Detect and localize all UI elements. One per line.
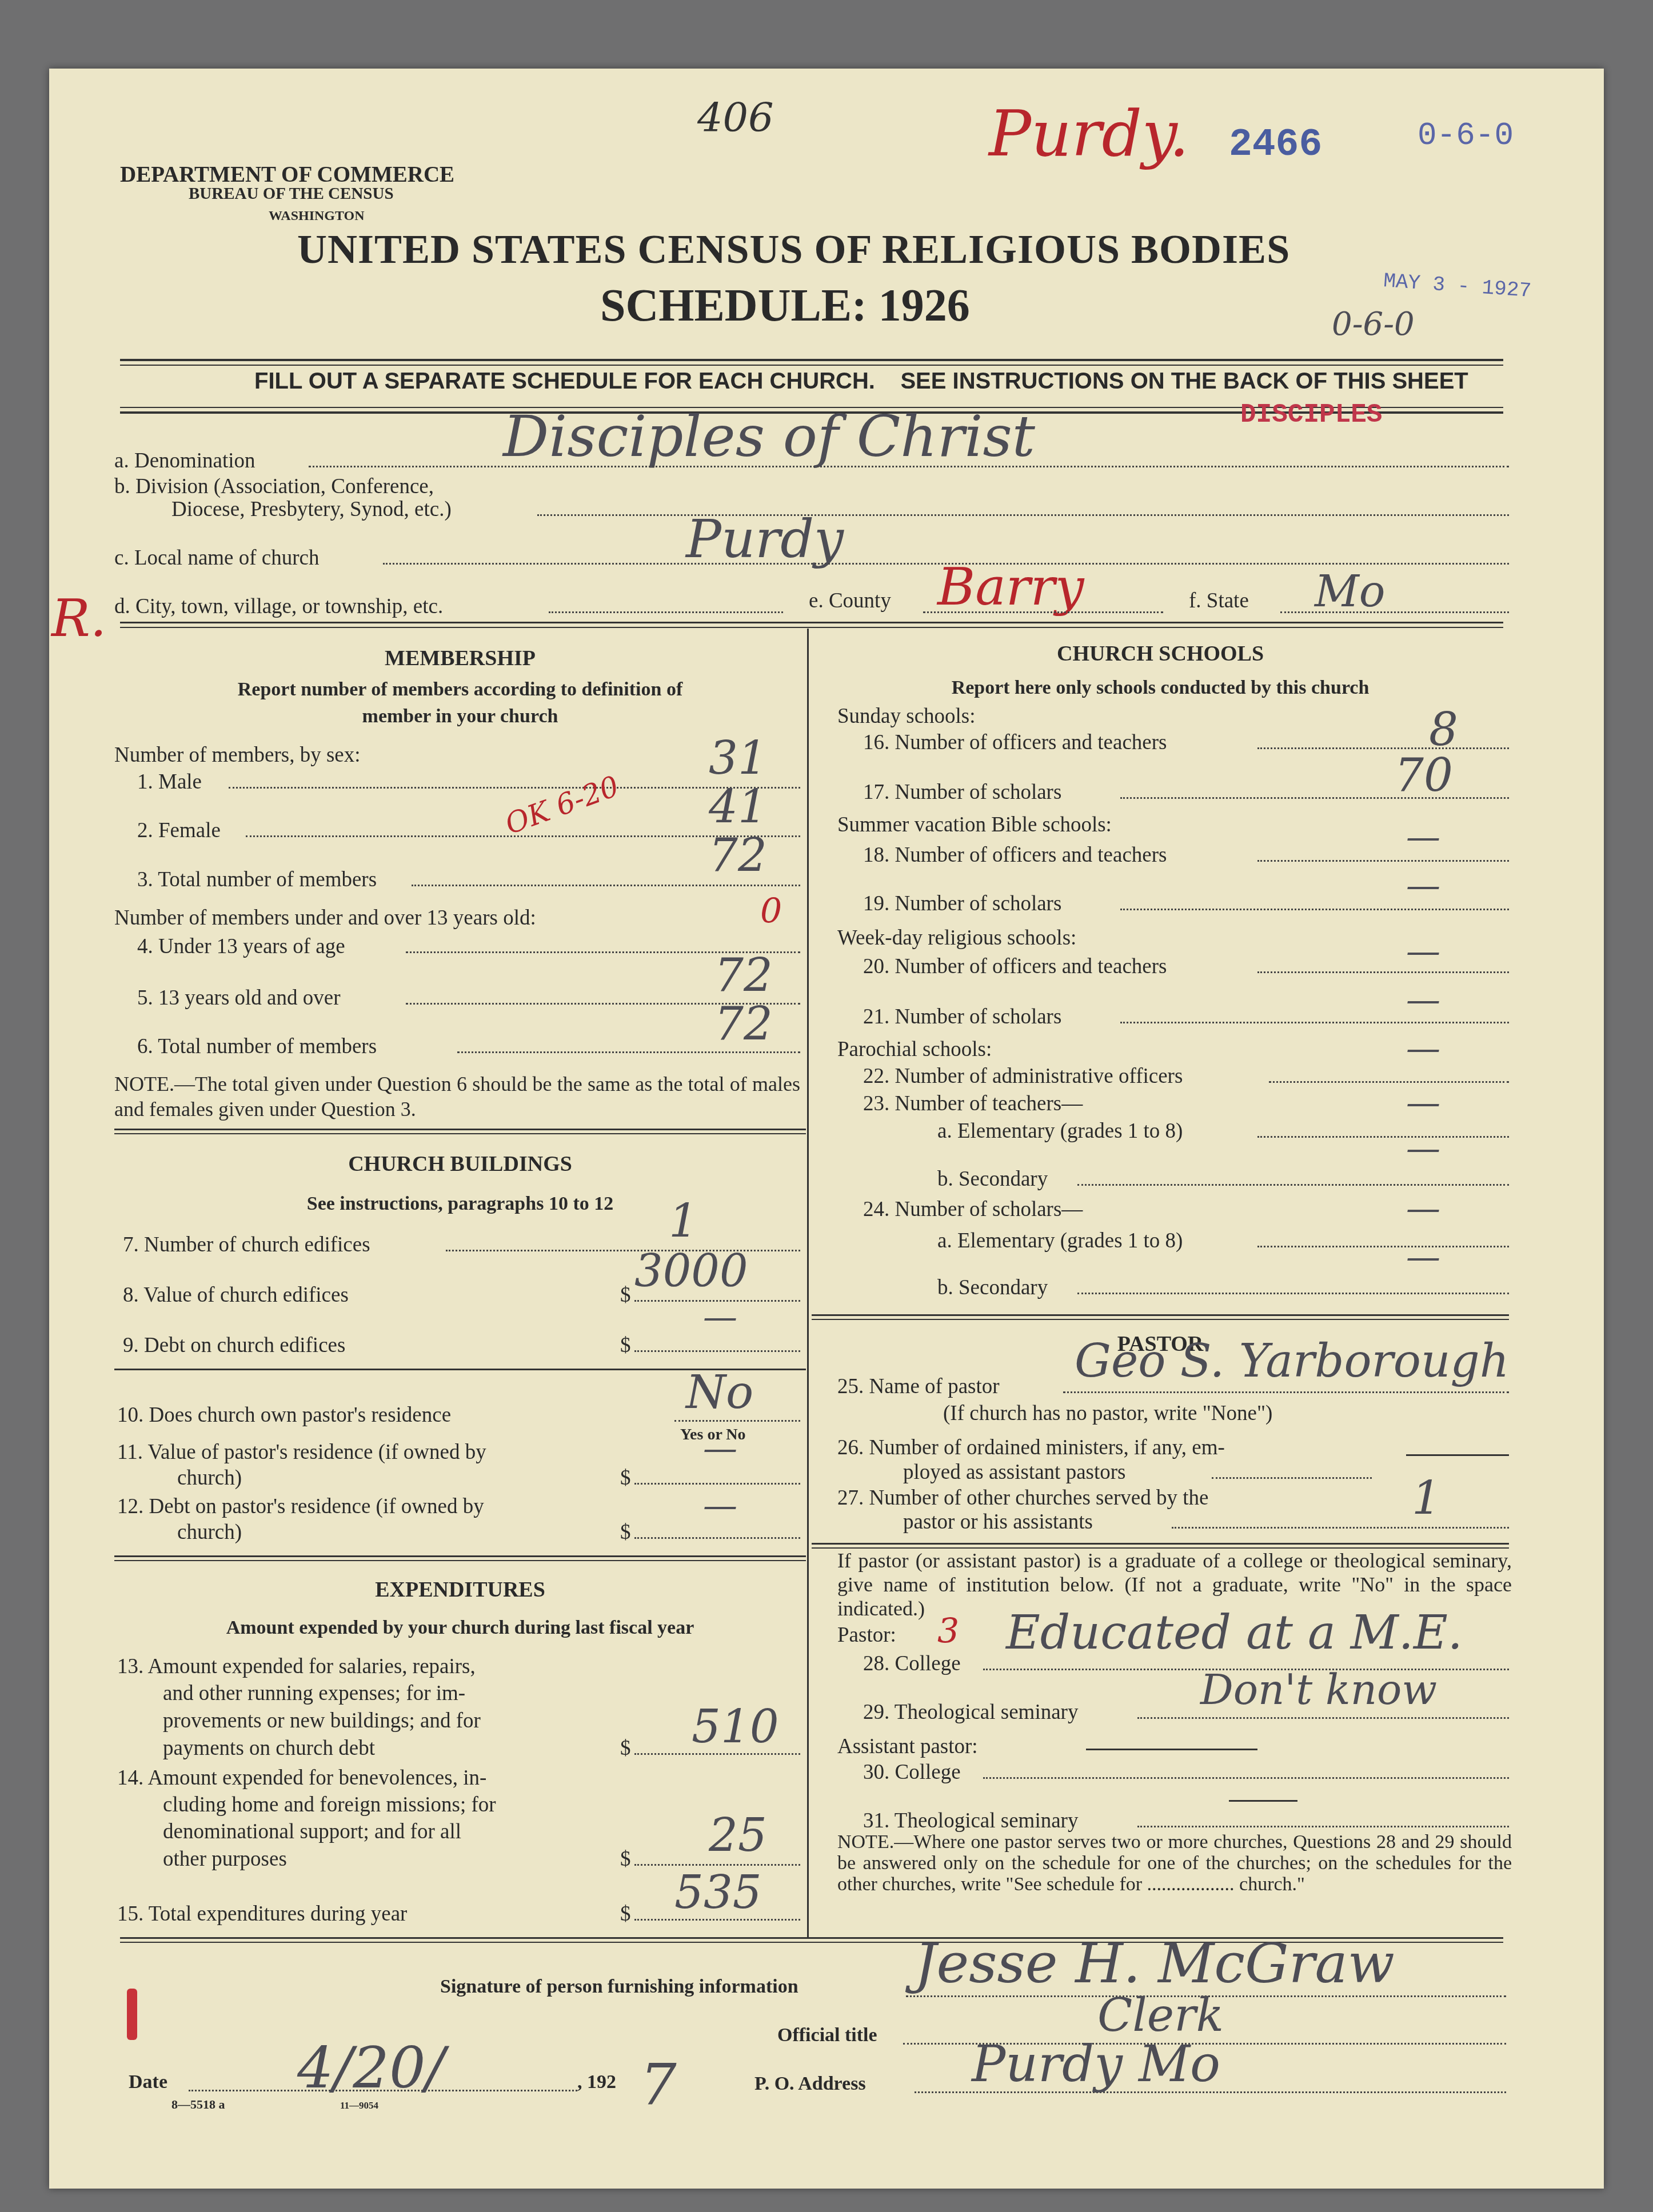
division-label-2: Diocese, Presbytery, Synod, etc.)	[171, 497, 452, 522]
parochial-scholars-secondary-label: b. Secondary	[937, 1275, 1048, 1300]
total-expenditures-label: 15. Total expenditures during year	[117, 1902, 407, 1926]
pastor-name-value: Geo S. Yarborough	[1075, 1334, 1509, 1387]
dollar-sign: $	[620, 1847, 631, 1871]
divider	[812, 1319, 1509, 1320]
pastor-name-field[interactable]	[1063, 1391, 1509, 1393]
division-field[interactable]	[537, 514, 1509, 516]
divider	[120, 622, 1503, 623]
buildings-heading: CHURCH BUILDINGS	[114, 1151, 806, 1177]
college-label: 28. College	[863, 1651, 961, 1676]
handwritten-place: Purdy.	[989, 97, 1189, 170]
total-members-age-field[interactable]	[457, 1051, 800, 1053]
over-13-label: 5. 13 years old and over	[137, 986, 341, 1010]
assistant-college-field[interactable]	[983, 1777, 1509, 1779]
total-expenditures-value: 535	[674, 1866, 762, 1919]
divider	[114, 1129, 806, 1130]
under-13-value: 0	[760, 891, 782, 931]
female-label: 2. Female	[137, 818, 221, 843]
signature-label: Signature of person furnishing informati…	[440, 1976, 798, 1998]
sunday-scholars-label: 17. Number of scholars	[863, 780, 1061, 805]
dollar-sign: $	[620, 1333, 631, 1358]
running-expenses-label-3: provements or new buildings; and for	[163, 1709, 481, 1733]
instructions-banner: FILL OUT A SEPARATE SCHEDULE FOR EACH CH…	[254, 369, 1468, 394]
bureau-name: BUREAU OF THE CENSUS	[189, 185, 394, 203]
divider	[120, 627, 1503, 628]
margin-mark-r: R.	[51, 589, 106, 649]
total-members-value: 72	[709, 829, 767, 882]
residence-debt-label: 12. Debt on pastor's residence (if owned…	[117, 1494, 484, 1519]
divider	[114, 1560, 806, 1561]
denomination-field[interactable]	[309, 466, 1509, 467]
assistant-college-line	[1086, 1749, 1257, 1750]
parochial-teachers-label: 23. Number of teachers—	[863, 1091, 1083, 1116]
members-by-age-label: Number of members under and over 13 year…	[114, 906, 536, 930]
total-members-label: 3. Total number of members	[137, 867, 377, 892]
summer-scholars-field[interactable]	[1120, 909, 1509, 910]
parochial-teachers-elementary-value: —	[1406, 1083, 1440, 1123]
benevolences-label-4: other purposes	[163, 1847, 287, 1871]
divider	[120, 365, 1503, 366]
sunday-scholars-value: 70	[1395, 749, 1453, 802]
parochial-scholars-elementary-field[interactable]	[1257, 1246, 1509, 1247]
total-members-field[interactable]	[412, 885, 800, 886]
benevolences-label-3: denominational support; and for all	[163, 1819, 461, 1844]
stamp-code: 0-6-0	[1418, 117, 1514, 154]
state-label: f. State	[1189, 589, 1249, 613]
summer-scholars-value: —	[1406, 866, 1440, 906]
form-title: UNITED STATES CENSUS OF RELIGIOUS BODIES	[297, 226, 1290, 273]
signature-value: Jesse H. McGraw	[915, 1931, 1395, 1995]
dollar-sign: $	[620, 1283, 631, 1307]
assistant-seminary-line	[1229, 1800, 1297, 1802]
schools-subheading: Report here only schools conducted by th…	[812, 677, 1509, 699]
dept-name: DEPARTMENT OF COMMERCE	[120, 162, 454, 187]
weekday-officers-field[interactable]	[1257, 971, 1509, 973]
edifice-debt-label: 9. Debt on church edifices	[123, 1333, 345, 1358]
residence-debt-value: —	[703, 1486, 737, 1526]
sunday-officers-label: 16. Number of officers and teachers	[863, 730, 1167, 755]
year-value: 7	[640, 2051, 677, 2118]
residence-value-field[interactable]	[634, 1483, 800, 1485]
residence-value: —	[703, 1429, 737, 1469]
parochial-scholars-secondary-field[interactable]	[1077, 1293, 1509, 1294]
divider	[114, 1555, 806, 1557]
expenditures-subheading: Amount expended by your church during la…	[114, 1617, 806, 1639]
running-expenses-label-2: and other running expenses; for im-	[163, 1681, 465, 1706]
residence-value-label: 11. Value of pastor's residence (if owne…	[117, 1440, 486, 1465]
denomination-label: a. Denomination	[114, 449, 255, 473]
parochial-teachers-elementary-label: a. Elementary (grades 1 to 8)	[937, 1119, 1183, 1143]
weekday-officers-label: 20. Number of officers and teachers	[863, 954, 1167, 979]
pastor-name-hint: (If church has no pastor, write "None")	[943, 1401, 1272, 1426]
local-name-value: Purdy	[686, 509, 844, 570]
division-label: b. Division (Association, Conference,	[114, 474, 434, 499]
date-label: Date	[129, 2071, 167, 2093]
benevolences-value: 25	[709, 1809, 767, 1862]
running-expenses-field[interactable]	[634, 1753, 800, 1755]
other-churches-label-2: pastor or his assistants	[903, 1510, 1093, 1534]
print-code: 11—9054	[340, 2100, 378, 2111]
edifices-label: 7. Number of church edifices	[123, 1233, 370, 1257]
divider	[812, 1314, 1509, 1316]
running-expenses-label-4: payments on church debt	[163, 1736, 375, 1761]
membership-subheading-2: member in your church	[114, 706, 806, 727]
official-title-label: Official title	[777, 2025, 877, 2046]
buildings-subheading: See instructions, paragraphs 10 to 12	[114, 1193, 806, 1215]
under-13-label: 4. Under 13 years of age	[137, 934, 345, 959]
parochial-teachers-secondary-value: —	[1406, 1129, 1440, 1169]
pastor-margin-note: 3	[937, 1611, 959, 1651]
seminary-label: 29. Theological seminary	[863, 1700, 1078, 1725]
edifices-value: 1	[669, 1194, 698, 1247]
owns-residence-field[interactable]	[674, 1420, 800, 1422]
pastor-subheading: Pastor:	[837, 1623, 896, 1647]
local-name-label: c. Local name of church	[114, 546, 320, 570]
parochial-scholars-label: 24. Number of scholars—	[863, 1197, 1083, 1222]
assistant-pastor-subheading: Assistant pastor:	[837, 1734, 978, 1759]
other-churches-label: 27. Number of other churches served by t…	[837, 1486, 1208, 1510]
stamp-number: 2466	[1229, 123, 1322, 167]
running-expenses-value: 510	[692, 1700, 779, 1753]
pastor-name-label: 25. Name of pastor	[837, 1374, 1000, 1399]
dollar-sign: $	[620, 1520, 631, 1545]
parochial-teachers-secondary-label: b. Secondary	[937, 1167, 1048, 1191]
edifice-debt-value: —	[703, 1297, 737, 1337]
expenditures-heading: EXPENDITURES	[114, 1577, 806, 1602]
dollar-sign: $	[620, 1466, 631, 1490]
po-address-label: P. O. Address	[754, 2073, 866, 2095]
assistant-seminary-field[interactable]	[1137, 1826, 1509, 1827]
parochial-admin-label: 22. Number of administrative officers	[863, 1064, 1183, 1089]
assistant-seminary-label: 31. Theological seminary	[863, 1809, 1078, 1833]
handwritten-code: 0-6-0	[1332, 306, 1415, 343]
female-value: 41	[709, 780, 767, 833]
assistant-ministers-label: 26. Number of ordained ministers, if any…	[837, 1435, 1225, 1460]
city-field[interactable]	[549, 611, 783, 613]
summer-officers-label: 18. Number of officers and teachers	[863, 843, 1167, 867]
state-field[interactable]	[1280, 611, 1509, 613]
parochial-scholars-secondary-value: —	[1406, 1237, 1440, 1277]
parochial-admin-field[interactable]	[1269, 1081, 1509, 1083]
seminary-value: Don't know	[1200, 1666, 1437, 1714]
denomination-stamp: DISCIPLES	[1240, 400, 1382, 430]
divider	[114, 1133, 806, 1134]
divider	[812, 1543, 1509, 1545]
county-field[interactable]	[923, 611, 1163, 613]
denomination-value: Disciples of Christ	[503, 403, 1035, 470]
county-value: Barry	[937, 557, 1084, 617]
other-churches-value: 1	[1412, 1471, 1441, 1525]
weekday-officers-value: —	[1406, 931, 1440, 971]
summer-schools-label: Summer vacation Bible schools:	[837, 813, 1112, 837]
benevolences-label-2: cluding home and foreign missions; for	[163, 1793, 496, 1817]
weekday-schools-label: Week-day religious schools:	[837, 926, 1076, 950]
weekday-scholars-field[interactable]	[1120, 1022, 1509, 1023]
total-members-age-value: 72	[714, 997, 773, 1050]
dollar-sign: $	[620, 1736, 631, 1761]
schools-heading: CHURCH SCHOOLS	[812, 641, 1509, 666]
benevolences-label: 14. Amount expended for benevolences, in…	[117, 1766, 486, 1790]
state-value: Mo	[1315, 566, 1386, 617]
weekday-scholars-value: —	[1406, 980, 1440, 1020]
year-prefix: , 192	[577, 2071, 616, 2093]
form-code: 8—5518 a	[171, 2097, 225, 2112]
parochial-teachers-secondary-field[interactable]	[1077, 1184, 1509, 1186]
parochial-teachers-elementary-field[interactable]	[1257, 1136, 1509, 1138]
summer-officers-field[interactable]	[1257, 860, 1509, 862]
owns-residence-label: 10. Does church own pastor's residence	[117, 1403, 451, 1427]
po-address-value: Purdy Mo	[972, 2034, 1220, 2093]
seminary-field[interactable]	[1137, 1717, 1509, 1719]
sunday-schools-label: Sunday schools:	[837, 704, 976, 729]
bureau-city: WASHINGTON	[269, 209, 365, 224]
college-value: Educated at a M.E.	[1006, 1606, 1463, 1660]
column-divider	[807, 629, 809, 1937]
parochial-admin-value: —	[1406, 1029, 1440, 1069]
edifice-value: 3000	[634, 1246, 748, 1297]
residence-debt-field[interactable]	[634, 1537, 800, 1539]
summer-scholars-label: 19. Number of scholars	[863, 891, 1061, 916]
parochial-schools-label: Parochial schools:	[837, 1037, 992, 1062]
sunday-officers-field[interactable]	[1257, 747, 1509, 749]
handwritten-number: 406	[697, 94, 774, 141]
weekday-scholars-label: 21. Number of scholars	[863, 1005, 1061, 1029]
assistant-ministers-label-2: ployed as assistant pastors	[903, 1460, 1125, 1485]
running-expenses-label: 13. Amount expended for salaries, repair…	[117, 1654, 476, 1679]
membership-note: NOTE.—The total given under Question 6 s…	[114, 1071, 800, 1122]
schedule-year: SCHEDULE: 1926	[600, 280, 970, 332]
over-13-value: 72	[714, 949, 773, 1002]
edifice-value-label: 8. Value of church edifices	[123, 1283, 349, 1307]
other-churches-field[interactable]	[1172, 1527, 1509, 1529]
parochial-scholars-elementary-value: —	[1406, 1189, 1440, 1229]
assistant-ministers-line	[1406, 1454, 1509, 1456]
city-label: d. City, town, village, or township, etc…	[114, 594, 443, 619]
male-value: 31	[709, 731, 767, 785]
residence-debt-label-2: church)	[177, 1520, 242, 1545]
date-value: 4/20/	[297, 2034, 445, 2101]
summer-officers-value: —	[1406, 817, 1440, 857]
assistant-ministers-field[interactable]	[1212, 1477, 1372, 1479]
parochial-scholars-elementary-label: a. Elementary (grades 1 to 8)	[937, 1229, 1183, 1253]
dollar-sign: $	[620, 1902, 631, 1926]
membership-subheading: Report number of members according to de…	[114, 679, 806, 701]
male-label: 1. Male	[137, 770, 202, 794]
total-expenditures-field[interactable]	[634, 1919, 800, 1921]
assistant-college-label: 30. College	[863, 1760, 961, 1785]
edifice-debt-field[interactable]	[634, 1350, 800, 1352]
members-by-sex-label: Number of members, by sex:	[114, 743, 361, 767]
owns-residence-value: No	[686, 1366, 753, 1419]
divider	[120, 359, 1503, 361]
total-members-age-label: 6. Total number of members	[137, 1034, 377, 1059]
county-label: e. County	[809, 589, 891, 613]
residence-value-label-2: church)	[177, 1466, 242, 1490]
membership-heading: MEMBERSHIP	[114, 646, 806, 671]
red-mark	[127, 1989, 137, 2040]
pastor-note: NOTE.—Where one pastor serves two or mor…	[837, 1831, 1512, 1895]
